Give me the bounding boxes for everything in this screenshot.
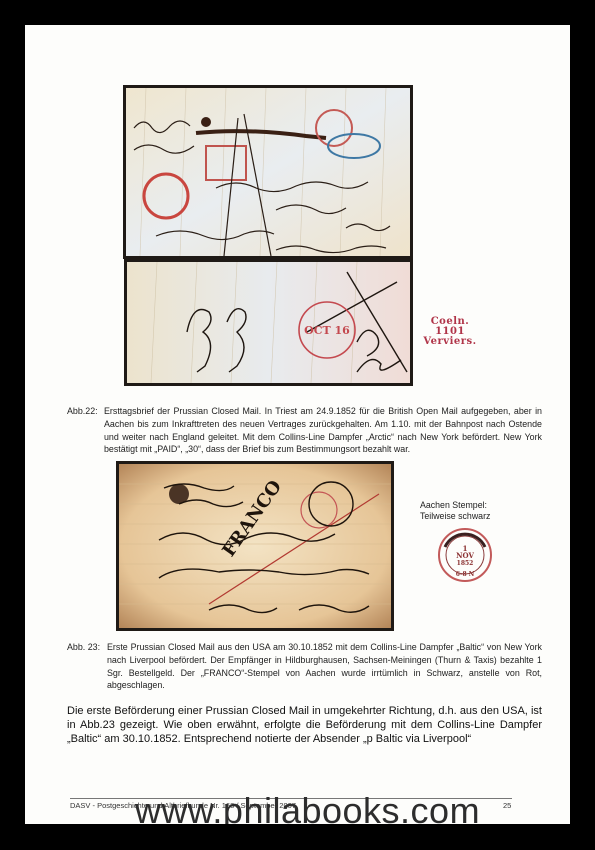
cover-23-image: FRANCO [116,461,394,631]
cover-22-back-image: OCT 16 [124,259,413,386]
cover-23-illustration: FRANCO [119,464,391,628]
svg-text:6-8 N: 6-8 N [456,571,475,578]
svg-text:NOV: NOV [456,551,474,560]
svg-text:OCT 16: OCT 16 [304,324,350,337]
figure-23-label: Abb. 23: [67,641,100,654]
cover-22-back-illustration: OCT 16 [127,262,410,383]
figure-22-label: Abb.22: [67,405,98,418]
figure-23-caption-text: Erste Prussian Closed Mail aus den USA a… [107,641,542,692]
aachen-postmark-image: 1 NOV 1852 6-8 N [435,525,495,585]
cover-22-front-image [123,85,413,259]
figure-23-caption: Abb. 23: Erste Prussian Closed Mail aus … [67,641,542,692]
figure-22-caption: Abb.22: Ersttagsbrief der Prussian Close… [67,405,542,456]
coeln-verviers-stamp-annotation: Coeln. 1101 Verviers. [405,317,495,347]
body-paragraph: Die erste Beförderung einer Prussian Clo… [67,704,542,747]
aachen-stamp-note: Aachen Stempel: Teilweise schwarz [420,500,530,522]
cover-22-front-illustration [126,88,410,256]
aachen-note-line-1: Aachen Stempel: [420,500,530,511]
svg-text:1852: 1852 [457,560,474,567]
watermark-url: www.philabooks.com [25,793,570,824]
aachen-note-line-2: Teilweise schwarz [420,511,530,522]
stamp-line-verviers: Verviers. [405,337,495,347]
figure-22-caption-text: Ersttagsbrief der Prussian Closed Mail. … [104,405,542,456]
document-page: OCT 16 Coeln. 1101 Verviers. Abb.22: Ers… [25,25,570,824]
